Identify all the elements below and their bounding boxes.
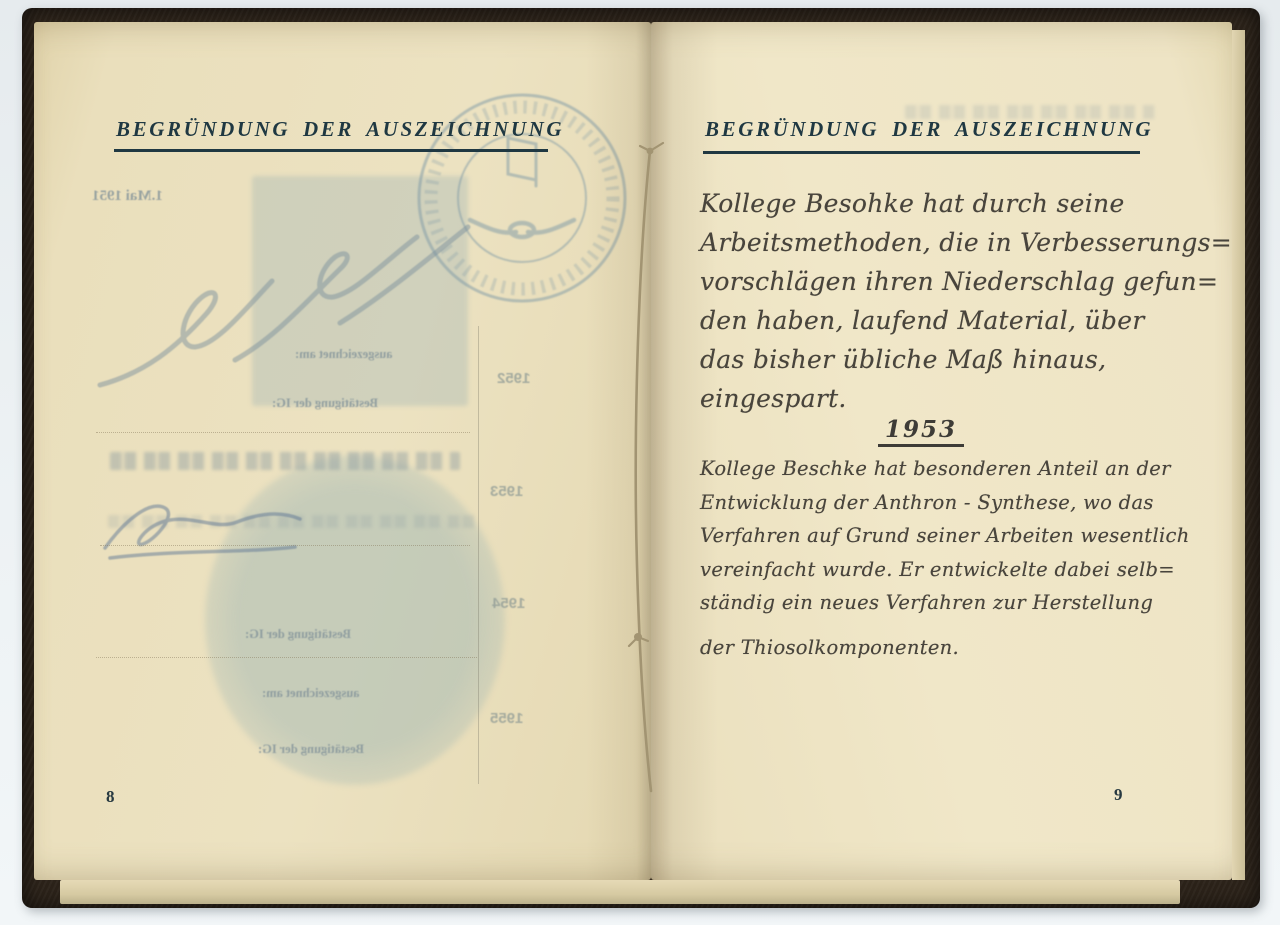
binding-thread-icon bbox=[626, 135, 670, 805]
bleedthrough-signature-icon bbox=[95, 480, 310, 565]
left-page-number: 8 bbox=[106, 787, 115, 807]
ruled-line bbox=[100, 545, 470, 546]
page-edge-stack-bottom bbox=[60, 880, 1180, 904]
ruled-line bbox=[96, 657, 477, 658]
bleedthrough-awarded-label-1: ausgezeichnet am: bbox=[295, 347, 393, 362]
handwriting-line: eingespart. bbox=[700, 379, 1232, 418]
handwriting-line: den haben, laufend Material, über bbox=[700, 301, 1232, 340]
bleedthrough-year-1952: 1952 bbox=[497, 370, 530, 387]
right-page: BEGRÜNDUNG DER AUSZEICHNUNG Kollege Beso… bbox=[651, 22, 1232, 880]
handwriting-line: vorschlägen ihren Niederschlag gefun= bbox=[700, 262, 1232, 301]
left-page-header: BEGRÜNDUNG DER AUSZEICHNUNG bbox=[116, 117, 564, 142]
handwriting-line: der Thiosolkomponenten. bbox=[700, 631, 1190, 665]
year-heading-1953: 1953 bbox=[878, 416, 964, 447]
handwriting-line: Entwicklung der Anthron - Synthese, wo d… bbox=[700, 486, 1190, 520]
bleedthrough-text-row bbox=[110, 452, 460, 470]
scan-background: BEGRÜNDUNG DER AUSZEICHNUNG 1.Mai 1951 a… bbox=[0, 0, 1280, 925]
handwriting-line: Kollege Beschke hat besonderen Anteil an… bbox=[700, 452, 1190, 486]
left-header-underline bbox=[114, 149, 548, 152]
right-header-underline bbox=[703, 151, 1140, 154]
right-page-number: 9 bbox=[1114, 785, 1123, 805]
bleedthrough-confirm-label-1: Bestätigung der IG: bbox=[272, 396, 378, 411]
bleedthrough-confirm-label-2: Bestätigung der IG: bbox=[245, 627, 351, 642]
handwriting-line: vereinfacht wurde. Er entwickelte dabei … bbox=[700, 553, 1190, 587]
handwriting-line: ständig ein neues Verfahren zur Herstell… bbox=[700, 586, 1190, 620]
bleedthrough-year-1955: 1955 bbox=[490, 710, 523, 727]
right-page-header: BEGRÜNDUNG DER AUSZEICHNUNG bbox=[705, 117, 1153, 142]
handwritten-entry-1951: Kollege Besohke hat durch seine Arbeitsm… bbox=[700, 184, 1232, 418]
bleedthrough-confirm-label-3: Bestätigung der IG: bbox=[258, 742, 364, 757]
bleedthrough-awarded-label-2: ausgezeichnet am: bbox=[262, 686, 360, 701]
left-page: BEGRÜNDUNG DER AUSZEICHNUNG 1.Mai 1951 a… bbox=[34, 22, 651, 880]
ruled-line bbox=[96, 432, 470, 433]
handwriting-line: Verfahren auf Grund seiner Arbeiten wese… bbox=[700, 519, 1190, 553]
handwritten-entry-1953: Kollege Beschke hat besonderen Anteil an… bbox=[700, 452, 1190, 664]
handwriting-line: das bisher übliche Maß hinaus, bbox=[700, 340, 1232, 379]
bleedthrough-signature-icon bbox=[85, 195, 480, 410]
bleedthrough-year-1954: 1954 bbox=[492, 595, 525, 612]
column-divider-line bbox=[478, 326, 479, 784]
bleedthrough-year-1953: 1953 bbox=[490, 483, 523, 500]
handwriting-line: Arbeitsmethoden, die in Verbesserungs= bbox=[700, 223, 1232, 262]
handwriting-line: Kollege Besohke hat durch seine bbox=[700, 184, 1232, 223]
page-edge-stack-right bbox=[1232, 30, 1245, 880]
